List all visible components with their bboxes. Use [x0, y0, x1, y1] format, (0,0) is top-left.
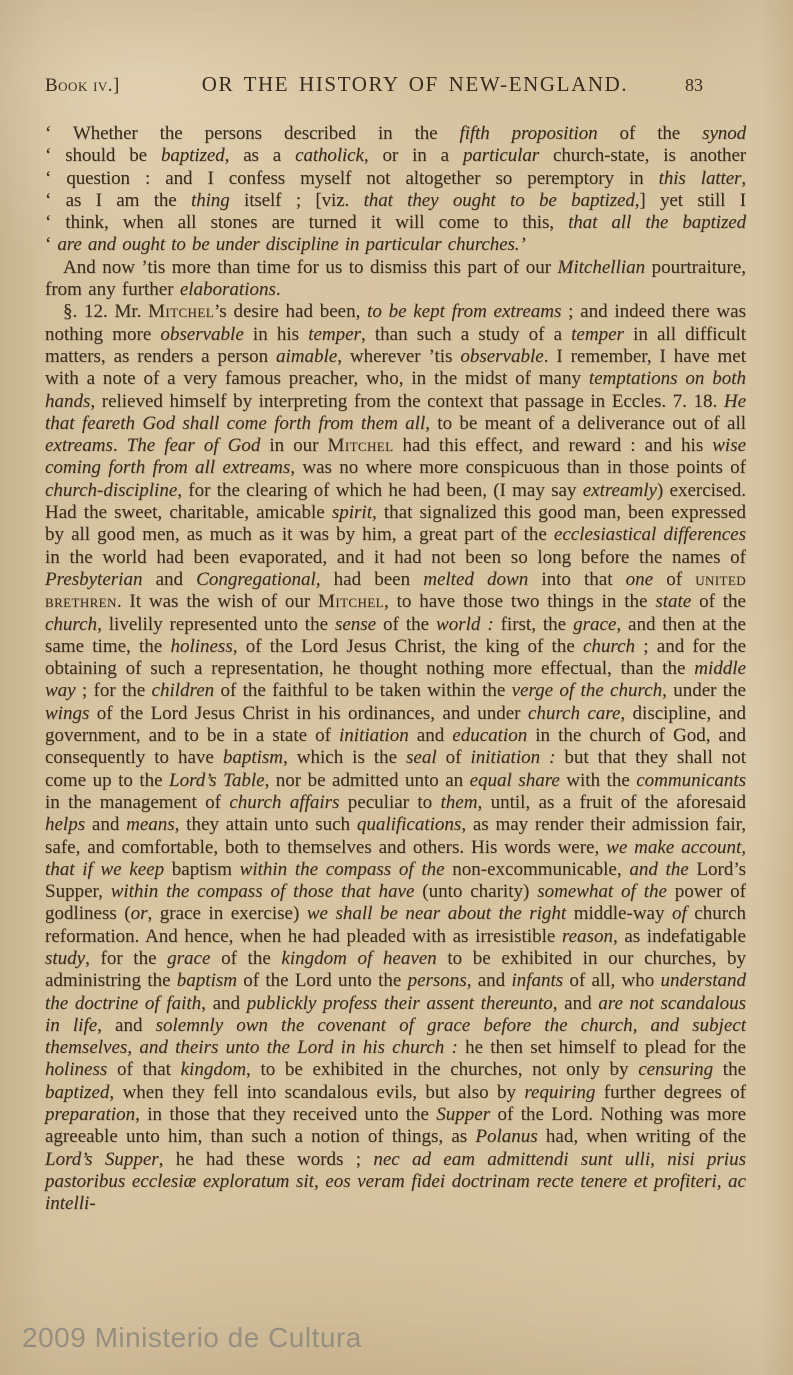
italic-text: reason [562, 926, 613, 947]
italic-text: temper [571, 324, 624, 345]
text-run: ‘ should be [45, 145, 161, 166]
text-run: peculiar to [339, 792, 440, 813]
text-run: . It was the wish of our [117, 591, 318, 612]
text-run: ‘ as I am the [45, 190, 191, 211]
text-run: of the [376, 614, 436, 635]
italic-text: holiness [45, 1059, 107, 1080]
italic-text: that all the baptized [568, 212, 746, 233]
italic-text: education [452, 725, 527, 746]
text-run: , for the clearing of which he had been,… [177, 480, 582, 501]
quote-line: ‘ think, when all stones are turned it w… [45, 212, 746, 234]
italic-text: study [45, 948, 85, 969]
quoted-passage: ‘ Whether the persons described in the f… [45, 123, 746, 257]
italic-text: are and ought to be under discipline in … [57, 234, 525, 255]
text-run: . [276, 279, 281, 300]
text-run: , as indefatigable [613, 926, 746, 947]
text-run: of the [691, 591, 746, 612]
text-run: and [142, 569, 196, 590]
quote-line: ‘ Whether the persons described in the f… [45, 123, 746, 145]
text-run: in his [244, 324, 308, 345]
running-title: OR THE HISTORY OF NEW-ENGLAND. [195, 72, 635, 97]
text-run: , he had these words ; [159, 1149, 374, 1170]
text-run: , for the [85, 948, 167, 969]
text-run: ‘ think, when all stones are turned it w… [45, 212, 568, 233]
italic-text: observable [460, 346, 543, 367]
italic-text: of [672, 903, 687, 924]
italic-text: church-discipline [45, 480, 177, 501]
text-run: and [85, 814, 126, 835]
italic-text: The fear of God [127, 435, 261, 456]
italic-text: initiation [339, 725, 409, 746]
italic-text: extreams [45, 435, 113, 456]
text-run: , and [467, 970, 512, 991]
text-run: had, when writing of the [538, 1126, 746, 1147]
italic-text: catholick [295, 145, 364, 166]
italic-text: extreamly [583, 480, 657, 501]
text-run: , grace in exercise) [148, 903, 307, 924]
text-run: , which is the [283, 747, 406, 768]
book-number: Book iv.] [45, 75, 195, 97]
italic-text: communicants [636, 770, 746, 791]
italic-text: melted down [423, 569, 528, 590]
text-run: , nor be admitted unto an [265, 770, 470, 791]
italic-text: Congregational [196, 569, 316, 590]
text-run: , was no where more conspicuous than in … [290, 457, 746, 478]
italic-text: and the [629, 859, 688, 880]
italic-text: persons [408, 970, 467, 991]
italic-text: one [626, 569, 653, 590]
italic-text: means [126, 814, 175, 835]
italic-text: Presbyterian [45, 569, 142, 590]
italic-text: holiness [170, 636, 232, 657]
italic-text: fifth proposition [460, 123, 598, 144]
text-run: and [409, 725, 453, 746]
italic-text: helps [45, 814, 85, 835]
text-run: , under the [662, 680, 746, 701]
small-caps-text: Mitchel [318, 591, 384, 612]
text-run: he then set himself to plead for the [458, 1037, 746, 1058]
italic-text: baptism [177, 970, 237, 991]
text-run: in the management of [45, 792, 229, 813]
text-run: non-excommunicable, [445, 859, 630, 880]
paragraph-block: And now ’tis more than time for us to di… [45, 257, 746, 1216]
page-body: ‘ Whether the persons described in the f… [45, 123, 746, 1216]
quote-line: ‘ as I am the thing itself ; [viz. that … [45, 190, 746, 212]
text-run: of [653, 569, 695, 590]
italic-text: church care [528, 703, 621, 724]
text-run: of all, who [563, 970, 660, 991]
text-run: baptism [164, 859, 240, 880]
text-run: , to have those two things in the [384, 591, 655, 612]
text-run: ; for the [76, 680, 152, 701]
text-run: , they attain unto such [175, 814, 357, 835]
italic-text: infants [511, 970, 563, 991]
text-run: ,] yet still I [635, 190, 746, 211]
italic-text: seal [406, 747, 437, 768]
text-run: , and [201, 993, 247, 1014]
text-run: (unto charity) [414, 881, 537, 902]
italic-text: them [441, 792, 478, 813]
text-run: , until, as a fruit of the aforesaid [477, 792, 746, 813]
small-caps-text: Mitchel [328, 435, 394, 456]
text-run: . [113, 435, 127, 456]
italic-text: qualifications [357, 814, 462, 835]
italic-text: within the compass of the [240, 859, 445, 880]
italic-text: grace [167, 948, 210, 969]
page-number: 83 [635, 75, 745, 96]
italic-text: baptized [161, 145, 225, 166]
text-run: itself ; [viz. [230, 190, 364, 211]
text-run: of the faithful to be taken within the [214, 680, 511, 701]
italic-text: spirit [332, 502, 372, 523]
italic-text: Lord’s Table [169, 770, 265, 791]
text-run: , had been [316, 569, 423, 590]
text-run: , livelily represented unto the [97, 614, 335, 635]
italic-text: children [152, 680, 215, 701]
italic-text: sense [335, 614, 376, 635]
quote-line: ‘ are and ought to be under discipline i… [45, 234, 746, 256]
italic-text: publickly profess their assent thereunto [247, 993, 553, 1014]
text-run: into that [528, 569, 625, 590]
text-run: middle-way [566, 903, 672, 924]
text-run: , than such a study of a [361, 324, 571, 345]
text-run: the [713, 1059, 746, 1080]
italic-text: church [45, 614, 97, 635]
italic-text: Supper [436, 1104, 490, 1125]
text-run: of the Lord unto the [237, 970, 408, 991]
text-run: §. 12. Mr. [63, 301, 148, 322]
italic-text: Lord’s Supper [45, 1149, 159, 1170]
text-run: , or in a [364, 145, 463, 166]
text-run: of that [107, 1059, 180, 1080]
italic-text: grace [573, 614, 616, 635]
italic-text: elaborations [180, 279, 276, 300]
italic-text: within the compass of those that have [111, 881, 415, 902]
italic-text: initiation : [470, 747, 555, 768]
text-run: further degrees of [595, 1082, 746, 1103]
quote-line: ‘ question : and I confess myself not al… [45, 168, 746, 190]
text-run: in the world had been evaporated, and it… [45, 547, 746, 568]
italic-text: requiring [524, 1082, 595, 1103]
italic-text: ecclesiastical differences [554, 524, 746, 545]
text-run: , [741, 168, 746, 189]
italic-text: that they ought to be baptized [364, 190, 635, 211]
italic-text: synod [702, 123, 746, 144]
text-run: ‘ [45, 234, 57, 255]
text-run: had this effect, and reward : and his [393, 435, 712, 456]
paragraph: And now ’tis more than time for us to di… [45, 257, 746, 302]
italic-text: this latter [659, 168, 742, 189]
text-run: ‘ Whether the persons described in the [45, 123, 460, 144]
text-run: , and [97, 1015, 155, 1036]
italic-text: somewhat of the [537, 881, 667, 902]
italic-text: wings [45, 703, 89, 724]
italic-text: baptized [45, 1082, 109, 1103]
italic-text: or [131, 903, 148, 924]
running-head: Book iv.] OR THE HISTORY OF NEW-ENGLAND.… [45, 72, 745, 97]
italic-text: observable [160, 324, 243, 345]
italic-text: Mitchellian [558, 257, 646, 278]
text-run: church-state, is another [539, 145, 746, 166]
italic-text: kingdom [181, 1059, 246, 1080]
italic-text: world : [436, 614, 494, 635]
text-run: , relieved himself by interpreting from … [90, 391, 723, 412]
italic-text: particular [463, 145, 539, 166]
italic-text: censuring [638, 1059, 713, 1080]
italic-text: Polanus [475, 1126, 537, 1147]
italic-text: baptism [223, 747, 283, 768]
italic-text: equal share [470, 770, 560, 791]
text-run: of the [598, 123, 703, 144]
italic-text: kingdom of heaven [281, 948, 436, 969]
text-run: , in those that they received unto the [135, 1104, 436, 1125]
text-run: of the Lord Jesus Christ in his ordinanc… [89, 703, 528, 724]
text-run: of the [210, 948, 281, 969]
italic-text: verge of the church [512, 680, 663, 701]
text-run: , to be meant of a deliverance out of al… [425, 413, 746, 434]
text-run: , wherever ’tis [337, 346, 460, 367]
paragraph: §. 12. Mr. Mitchel’s desire had been, to… [45, 301, 746, 1215]
quote-line: ‘ should be baptized, as a catholick, or… [45, 145, 746, 167]
italic-text: we shall be near about the right [307, 903, 566, 924]
text-run: ’s desire had been, [214, 301, 367, 322]
text-run: , to be exhibited in the churches, not o… [246, 1059, 638, 1080]
italic-text: aimable [276, 346, 337, 367]
text-run: of [437, 747, 471, 768]
book-page: Book iv.] OR THE HISTORY OF NEW-ENGLAND.… [0, 0, 793, 1375]
text-run: , as a [225, 145, 296, 166]
text-run: And now ’tis more than time for us to di… [63, 257, 558, 278]
italic-text: state [655, 591, 691, 612]
text-run: ‘ question : and I confess myself not al… [45, 168, 659, 189]
italic-text: preparation [45, 1104, 135, 1125]
italic-text: church [583, 636, 635, 657]
text-run: with the [560, 770, 636, 791]
small-caps-text: Mitchel [148, 301, 214, 322]
italic-text: thing [191, 190, 230, 211]
italic-text: temper [308, 324, 361, 345]
italic-text: to be kept from extreams [367, 301, 561, 322]
text-run: , and [553, 993, 599, 1014]
watermark: 2009 Ministerio de Cultura [22, 1322, 362, 1354]
text-run: first, the [494, 614, 573, 635]
text-run: , when they fell into scandalous evils, … [109, 1082, 524, 1103]
italic-text: church affairs [229, 792, 339, 813]
text-run: , of the Lord Jesus Christ, the king of … [233, 636, 583, 657]
text-run: in our [260, 435, 327, 456]
